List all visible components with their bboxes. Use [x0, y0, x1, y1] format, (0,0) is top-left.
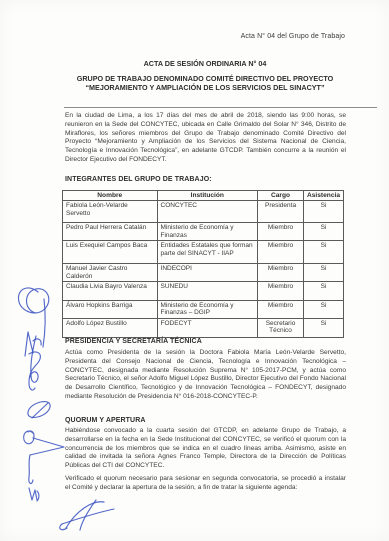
intro-paragraph: En la ciudad de Lima, a los 17 días del …	[65, 112, 346, 165]
cell-cargo: Miembro	[258, 241, 304, 264]
cell-institucion: Ministerio de Economía y Finanzas	[157, 223, 258, 241]
cell-cargo: Miembro	[258, 264, 304, 282]
quorum-paragraph-1: Habiéndose convocado a la cuarta sesión …	[65, 427, 346, 471]
cell-nombre: Claudia Livia Bayro Valenza	[63, 282, 158, 301]
col-header-asistencia: Asistencia	[304, 191, 344, 201]
quorum-heading: QUORUM Y APERTURA	[65, 417, 146, 424]
cell-asistencia: Si	[304, 301, 344, 319]
cell-asistencia: Si	[304, 241, 344, 264]
members-heading: INTEGRANTES DEL GRUPO DE TRABAJO:	[65, 176, 212, 183]
header-note: Acta N° 04 del Grupo de Trabajo	[241, 33, 345, 40]
margin-signature-1	[18, 288, 48, 347]
cell-institucion: CONCYTEC	[157, 201, 258, 223]
cell-institucion: Entidades Estatales que forman parte del…	[157, 241, 258, 264]
cell-nombre: Adolfo López Bustillo	[63, 318, 158, 337]
margin-signature-2	[25, 332, 41, 390]
cell-cargo: Miembro	[258, 301, 304, 319]
table-row: Luis Exequiel Campos Baca Entidades Esta…	[63, 241, 344, 264]
table-row: Álvaro Hopkins Barriga Ministerio de Eco…	[63, 301, 344, 319]
cell-institucion: INDECOPI	[157, 264, 258, 282]
members-table: Nombre Institución Cargo Asistencia Fabi…	[62, 190, 344, 338]
table-header-row: Nombre Institución Cargo Asistencia	[63, 191, 344, 201]
table-row: Pedro Paul Herrera Catalán Ministerio de…	[63, 223, 344, 241]
cell-asistencia: Si	[304, 264, 344, 282]
table-row: Claudia Livia Bayro Valenza SUNEDU Miemb…	[63, 282, 344, 301]
cell-institucion: FODECYT	[157, 318, 258, 337]
table-row: Fabiola León-Velarde Servetto CONCYTEC P…	[63, 201, 344, 223]
cell-asistencia: Si	[304, 223, 344, 241]
cell-nombre: Pedro Paul Herrera Catalán	[63, 223, 158, 241]
cell-cargo: Secretario Técnico	[258, 318, 304, 337]
cell-cargo: Presidenta	[258, 201, 304, 223]
document-subtitle: GRUPO DE TRABAJO DENOMINADO COMITÉ DIREC…	[55, 75, 355, 92]
cell-asistencia: Si	[304, 201, 344, 223]
presidencia-paragraph: Actúa como Presidenta de la sesión la Do…	[65, 349, 346, 402]
cell-nombre: Fabiola León-Velarde Servetto	[63, 201, 158, 223]
cell-nombre: Luis Exequiel Campos Baca	[63, 241, 158, 264]
table-row: Adolfo López Bustillo FODECYT Secretario…	[63, 318, 344, 337]
col-header-cargo: Cargo	[258, 191, 304, 201]
table-row: Manuel Javier Castro Calderón INDECOPI M…	[63, 264, 344, 282]
document-subtitle-line2: “MEJORAMIENTO Y AMPLIACIÓN DE LOS SERVIC…	[55, 84, 355, 93]
acta-document-page: Acta N° 04 del Grupo de Trabajo ACTA DE …	[0, 0, 389, 541]
margin-signature-3	[28, 402, 50, 418]
cell-institucion: SUNEDU	[157, 282, 258, 301]
document-title: ACTA DE SESIÓN ORDINARIA N° 04	[65, 59, 345, 68]
col-header-nombre: Nombre	[63, 191, 158, 201]
horizontal-rule	[64, 107, 377, 108]
quorum-paragraph-2: Verificado el quorum necesario para sesi…	[65, 475, 346, 493]
cell-nombre: Álvaro Hopkins Barriga	[63, 301, 158, 319]
presidencia-heading: PRESIDENCIA Y SECRETARÍA TÉCNICA	[65, 338, 202, 345]
margin-signature-4	[24, 431, 64, 484]
bottom-signature	[60, 500, 114, 530]
col-header-institucion: Institución	[157, 191, 258, 201]
margin-signature-5	[29, 488, 39, 501]
cell-asistencia: Si	[304, 282, 344, 301]
cell-asistencia: Si	[304, 318, 344, 337]
cell-cargo: Miembro	[258, 282, 304, 301]
cell-institucion: Ministerio de Economía y Finanzas – DGIP	[157, 301, 258, 319]
cell-nombre: Manuel Javier Castro Calderón	[63, 264, 158, 282]
cell-cargo: Miembro	[258, 223, 304, 241]
